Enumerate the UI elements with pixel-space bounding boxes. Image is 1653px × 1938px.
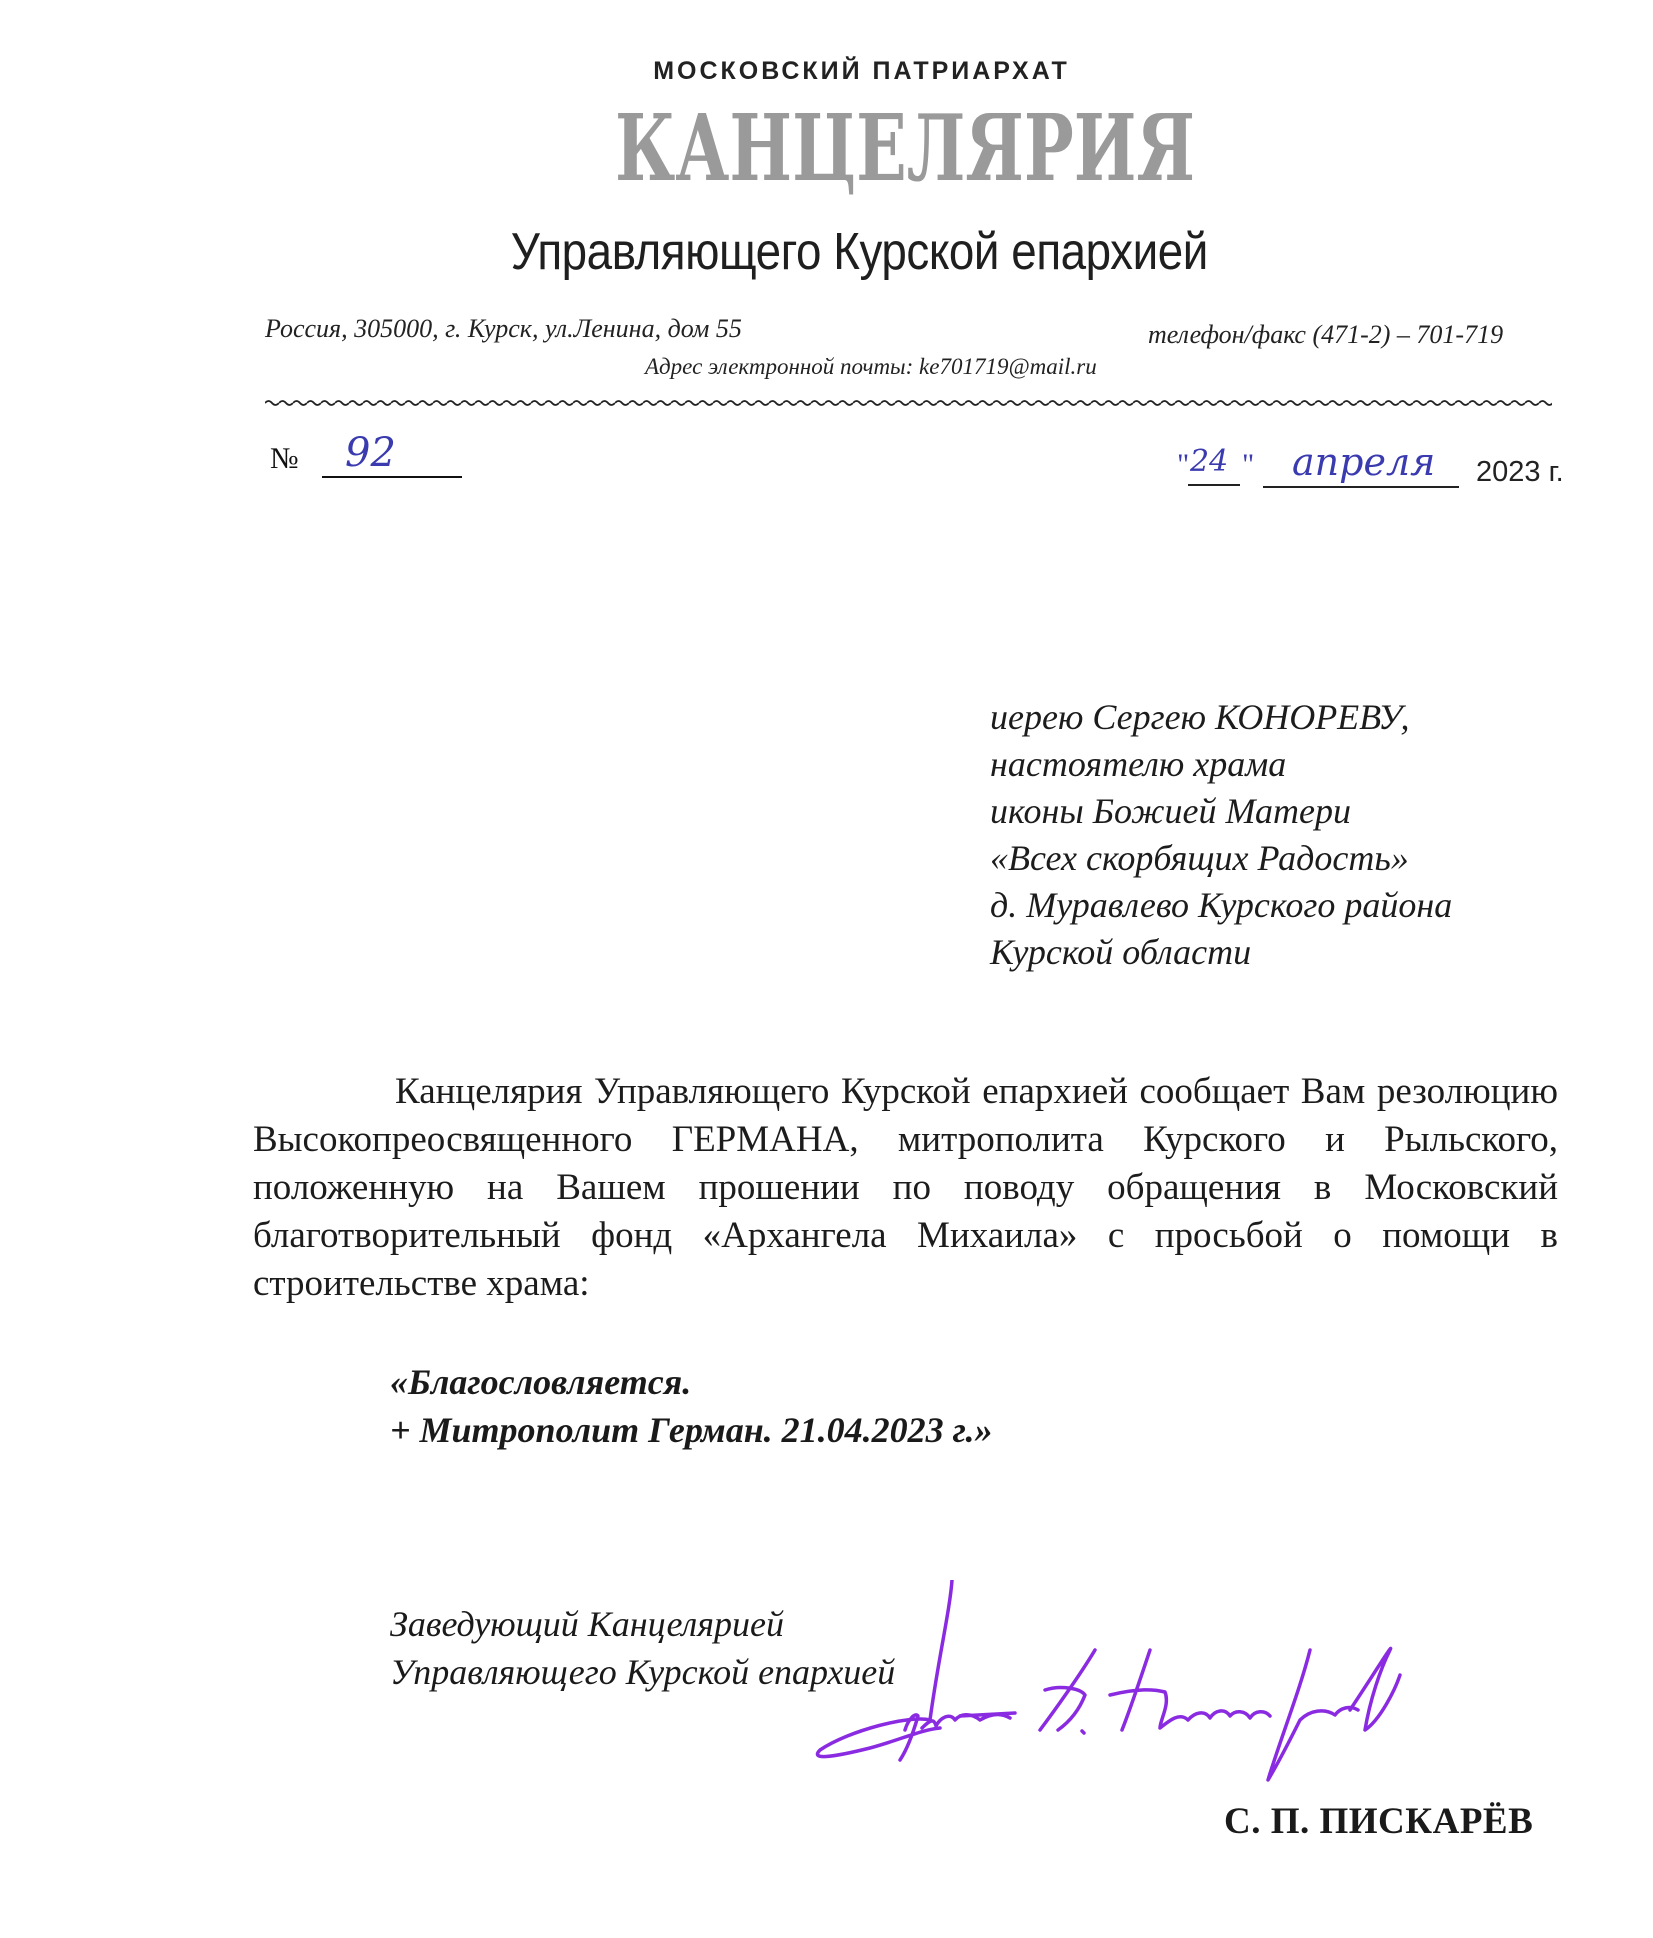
wavy-divider <box>265 396 1552 410</box>
svg-text:КАНЦЕЛЯРИЯ: КАНЦЕЛЯРИЯ <box>615 98 1195 198</box>
letterhead-address: Россия, 305000, г. Курск, ул.Ленина, дом… <box>265 314 742 344</box>
date-year: 2023 г. <box>1476 456 1564 489</box>
recipient-line: иконы Божией Матери <box>990 788 1452 835</box>
chancery-title-logo: КАНЦЕЛЯРИЯ <box>610 98 1200 198</box>
resolution-line-1: «Благословляется. <box>390 1358 993 1406</box>
recipient-line: настоятелю храма <box>990 741 1452 788</box>
date-day-underline <box>1188 484 1240 486</box>
recipient-line: д. Муравлево Курского района <box>990 882 1452 929</box>
chancery-ornate-lettering-icon: КАНЦЕЛЯРИЯ <box>610 98 1200 198</box>
letter-body: Канцелярия Управляющего Курской епархией… <box>253 1068 1558 1308</box>
date-quote-close: " <box>1242 448 1254 482</box>
signer-name: С. П. ПИСКАРЁВ <box>1224 1800 1533 1843</box>
recipient-line: «Всех скорбящих Радость» <box>990 835 1452 882</box>
resolution-quote: «Благословляется. + Митрополит Герман. 2… <box>390 1358 993 1454</box>
patriarchate-heading: МОСКОВСКИЙ ПАТРИАРХАТ <box>0 57 1653 86</box>
number-label: № <box>270 442 299 476</box>
registration-number: 92 <box>345 430 396 476</box>
date-day: 24 <box>1190 444 1228 479</box>
recipient-line: Курской области <box>990 929 1452 976</box>
letterhead-phone: телефон/факс (471-2) – 701-719 <box>1148 320 1503 350</box>
recipient-block: иерею Сергею КОНОРЕВУ, настоятелю храма … <box>990 694 1452 976</box>
date-quote-open: " <box>1177 448 1189 482</box>
resolution-line-2: + Митрополит Герман. 21.04.2023 г.» <box>390 1406 993 1454</box>
recipient-line: иерею Сергею КОНОРЕВУ, <box>990 694 1452 741</box>
handwritten-signature-icon <box>810 1580 1610 1790</box>
date-month-underline <box>1263 486 1459 488</box>
letterhead-subtitle: Управляющего Курской епархией <box>106 222 1561 282</box>
number-underline <box>322 476 462 478</box>
letterhead-email: Адрес электронной почты: ke701719@mail.r… <box>645 354 1097 380</box>
body-paragraph: Канцелярия Управляющего Курской епархией… <box>253 1068 1558 1308</box>
date-month: апреля <box>1292 440 1435 484</box>
